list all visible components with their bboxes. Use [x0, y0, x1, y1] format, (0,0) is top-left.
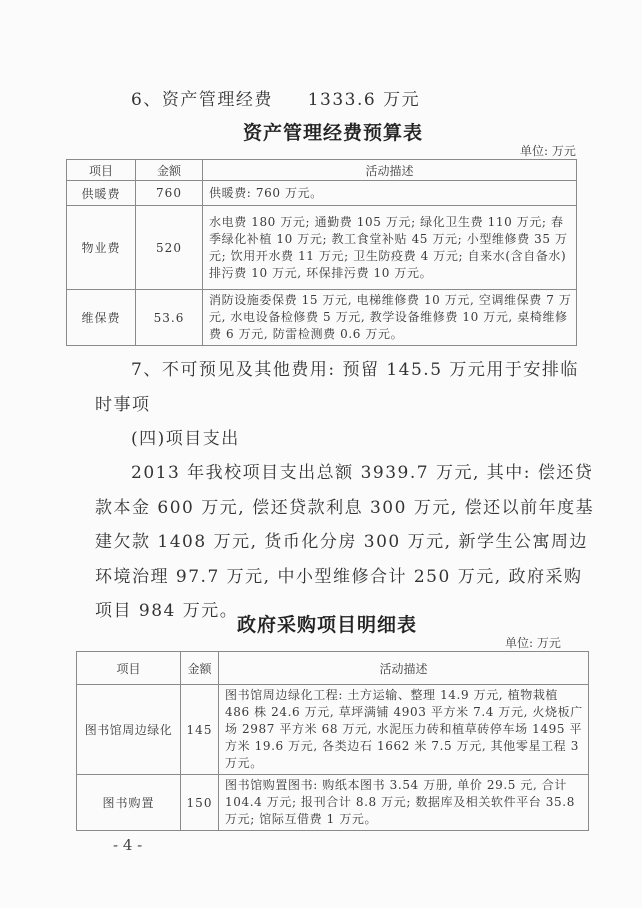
table-row: 图书馆周边绿化 145 图书馆周边绿化工程: 土方运输、整理 14.9 万元, …	[77, 685, 589, 775]
table1-unit: 单位: 万元	[520, 142, 576, 159]
cell-item: 供暖费	[67, 181, 136, 206]
header-amount: 金额	[181, 652, 219, 685]
page-number: - 4 -	[113, 836, 142, 854]
table-row: 维保费 53.6 消防设施委保费 15 万元, 电梯维修费 10 万元, 空调维…	[67, 290, 577, 346]
header-desc: 活动描述	[219, 652, 589, 685]
header-item: 项目	[77, 652, 181, 685]
section-4-line: 建欠款 1408 万元, 货币化分房 300 万元, 新学生公寓周边	[95, 527, 588, 552]
cell-amount: 53.6	[136, 290, 203, 346]
table2-title: 政府采购项目明细表	[237, 610, 417, 637]
cell-amount: 760	[136, 181, 203, 206]
gov-procurement-table: 项目 金额 活动描述 图书馆周边绿化 145 图书馆周边绿化工程: 土方运输、整…	[76, 651, 589, 831]
cell-desc: 图书馆购置图书: 购纸本图书 3.54 万册, 单价 29.5 元, 合计 10…	[219, 775, 589, 831]
table-header-row: 项目 金额 活动描述	[67, 160, 577, 181]
header-desc: 活动描述	[203, 160, 577, 181]
document-page: 6、资产管理经费 1333.6 万元 资产管理经费预算表 单位: 万元 项目 金…	[0, 0, 642, 908]
table-row: 供暖费 760 供暖费: 760 万元。	[67, 181, 577, 206]
table-row: 物业费 520 水电费 180 万元; 通勤费 105 万元; 绿化卫生费 11…	[67, 206, 577, 290]
cell-item: 物业费	[67, 206, 136, 290]
section-4-line: 款本金 600 万元, 偿还贷款利息 300 万元, 偿还以前年度基	[95, 493, 594, 518]
section-6-label: 6、资产管理经费	[131, 90, 273, 110]
table2-unit: 单位: 万元	[505, 634, 561, 651]
table-row: 图书购置 150 图书馆购置图书: 购纸本图书 3.54 万册, 单价 29.5…	[77, 775, 589, 831]
header-amount: 金额	[136, 160, 203, 181]
section-6-heading: 6、资产管理经费 1333.6 万元	[131, 85, 420, 110]
section-7-line2: 时事项	[95, 390, 151, 415]
header-item: 项目	[67, 160, 136, 181]
cell-item: 维保费	[67, 290, 136, 346]
section-4-line: 2013 年我校项目支出总额 3939.7 万元, 其中: 偿还贷	[131, 458, 593, 483]
cell-amount: 520	[136, 206, 203, 290]
cell-amount: 145	[181, 685, 219, 775]
cell-desc: 消防设施委保费 15 万元, 电梯维修费 10 万元, 空调维保费 7 万元, …	[203, 290, 577, 346]
section-4-heading: (四)项目支出	[131, 424, 240, 449]
cell-item: 图书馆周边绿化	[77, 685, 181, 775]
table-header-row: 项目 金额 活动描述	[77, 652, 589, 685]
table1-title: 资产管理经费预算表	[243, 118, 423, 145]
cell-item: 图书购置	[77, 775, 181, 831]
section-4-line: 环境治理 97.7 万元, 中小型维修合计 250 万元, 政府采购	[95, 562, 583, 587]
cell-amount: 150	[181, 775, 219, 831]
asset-budget-table: 项目 金额 活动描述 供暖费 760 供暖费: 760 万元。 物业费 520 …	[66, 159, 577, 346]
cell-desc: 图书馆周边绿化工程: 土方运输、整理 14.9 万元, 植物栽植 486 株 2…	[219, 685, 589, 775]
section-4-line: 项目 984 万元。	[95, 596, 238, 621]
section-6-amount: 1333.6 万元	[308, 90, 420, 110]
cell-desc: 供暖费: 760 万元。	[203, 181, 577, 206]
cell-desc: 水电费 180 万元; 通勤费 105 万元; 绿化卫生费 110 万元; 春季…	[203, 206, 577, 290]
section-7-line1: 7、不可预见及其他费用: 预留 145.5 万元用于安排临	[131, 355, 579, 380]
